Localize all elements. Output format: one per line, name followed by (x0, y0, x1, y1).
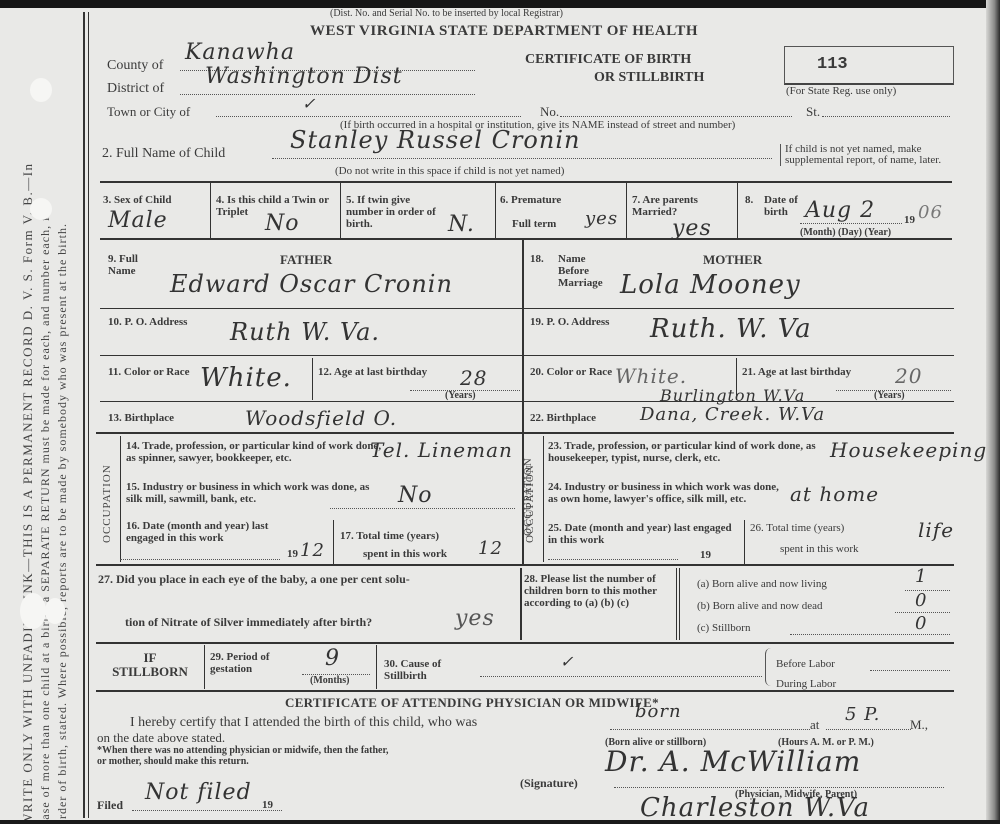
father-age-value: 28 (460, 366, 487, 390)
father-birthplace-value: Woodsfield O. (245, 406, 397, 430)
cell-divider (340, 183, 341, 238)
cell-divider (626, 183, 627, 238)
father-age-label: 12. Age at last birthday (318, 366, 428, 378)
m-label: M., (910, 717, 928, 733)
twin-value: No (265, 211, 300, 236)
no-line (560, 116, 792, 117)
nitrate-label-line2: tion of Nitrate of Silver immediately af… (125, 616, 372, 628)
row-line (96, 642, 954, 644)
certificate-title-line2: OR STILLBIRTH (594, 70, 704, 86)
labor-brace (765, 648, 774, 686)
certify-text-line2: on the date above stated. (97, 730, 225, 746)
father-last-date-prefix: 19 (287, 548, 298, 560)
children-b-label: (b) Born alive and now dead (697, 600, 823, 612)
nitrate-value: yes (455, 606, 495, 631)
filed-year: 19 (262, 799, 273, 811)
father-total-time-value: 12 (478, 538, 503, 559)
cell-divider (210, 183, 211, 238)
row-line (100, 401, 522, 402)
father-name-label: 9. Full Name (108, 253, 148, 277)
children-b-value: 0 (915, 590, 927, 611)
cell-divider (679, 568, 680, 640)
father-last-date-value: 12 (300, 540, 325, 561)
children-label: 28. Please list the number of children b… (524, 573, 659, 609)
child-name-note: (Do not write in this space if child is … (335, 166, 564, 177)
reg-number: 113 (817, 55, 848, 74)
row-line (96, 564, 954, 566)
row-line (96, 432, 954, 434)
margin-instruction-line1: WRITE ONLY WITH UNFADING INK—THIS IS A P… (20, 162, 36, 824)
status-line (610, 729, 810, 730)
mother-name-label: NameBeforeMarriage (558, 253, 618, 289)
mother-birthplace-extra: Burlington W.Va (660, 386, 805, 405)
mother-name-num: 18. (530, 253, 544, 265)
mother-birthplace-label: 22. Birthplace (530, 412, 596, 424)
cell-divider (676, 568, 677, 640)
mother-total-time-label: 26. Total time (years) (750, 522, 844, 534)
row-line (524, 355, 954, 356)
certify-text-line1: I hereby certify that I attended the bir… (130, 715, 477, 731)
town-label: Town or City of (107, 104, 190, 120)
sex-label: 3. Sex of Child (103, 194, 173, 206)
father-industry-value: No (398, 483, 433, 508)
fullterm-value: yes (585, 208, 618, 229)
mother-name-value: Lola Mooney (620, 270, 801, 300)
filed-label: Filed (97, 798, 123, 813)
gestation-unit: (Months) (310, 676, 349, 686)
agency-title: WEST VIRGINIA STATE DEPARTMENT OF HEALTH (310, 23, 698, 40)
children-c-value: 0 (915, 613, 927, 634)
dob-value: Aug 2 (805, 198, 875, 223)
mother-trade-label: 23. Trade, profession, or particular kin… (548, 440, 818, 464)
birth-status-value: born (635, 701, 682, 722)
punch-hole (30, 78, 52, 102)
father-industry-label: 15. Industry or business in which work w… (126, 481, 386, 505)
father-trade-value: Tel. Lineman (370, 438, 513, 462)
father-name-value: Edward Oscar Cronin (170, 270, 453, 298)
married-label: 7. Are parents Married? (632, 194, 732, 218)
gestation-label: 29. Period of gestation (210, 651, 300, 675)
state-reg-box: 113 (784, 46, 954, 85)
mother-heading: MOTHER (703, 252, 762, 268)
st-label: St. (806, 104, 820, 120)
married-value: yes (672, 216, 712, 241)
cause-label: 30. Cause of Stillbirth (384, 658, 474, 682)
margin-instruction-line3: order of birth, stated. Where possible, … (55, 223, 70, 824)
filed-value: Not filed (145, 780, 252, 805)
dob-label: Date of birth (764, 194, 804, 218)
scan-right-edge (986, 0, 1000, 824)
cell-divider (333, 520, 334, 564)
child-name-value: Stanley Russel Cronin (290, 126, 580, 154)
cause-line (480, 676, 762, 677)
district-label: District of (107, 81, 164, 97)
mother-industry-label: 24. Industry or business in which work w… (548, 481, 788, 505)
time-line (826, 729, 911, 730)
child-name-label: 2. Full Name of Child (102, 146, 225, 162)
children-c-label: (c) Stillborn (697, 622, 750, 634)
occupation-border (543, 436, 544, 562)
cell-divider (737, 183, 738, 238)
divider (100, 238, 952, 240)
punch-hole (45, 598, 65, 624)
mother-address-label: 19. P. O. Address (530, 316, 609, 328)
nitrate-label-line1: 27. Did you place in each eye of the bab… (98, 573, 410, 585)
dob-line (800, 223, 902, 224)
bottom-scrawl: Charleston W.Va (640, 793, 870, 823)
cell-divider (312, 358, 313, 400)
father-occupation-label: OCCUPATION (101, 464, 113, 543)
dob-num: 8. (745, 194, 753, 206)
punch-hole (30, 198, 52, 220)
date-line (548, 559, 678, 560)
district-line (180, 94, 475, 95)
father-age-unit: (Years) (445, 391, 476, 401)
father-total-time-label: 17. Total time (years) (340, 530, 439, 542)
cause-value: ✓ (560, 652, 574, 671)
father-heading: FATHER (280, 252, 332, 268)
during-labor-label: During Labor (776, 678, 836, 690)
margin-instruction-line2: case of more than one child at a birth, … (38, 210, 53, 824)
twin-order-label: 5. If twin give number in order of birth… (346, 194, 446, 230)
frame-line (88, 12, 89, 818)
mother-occupation-label: OCCUPATION (524, 464, 536, 543)
mother-total-time-value: life (918, 518, 954, 542)
gestation-value: 9 (325, 646, 340, 671)
dob-sub: (Month) (Day) (Year) (800, 228, 891, 238)
cell-divider (376, 645, 377, 689)
certificate-footnote: *When there was no attending physician o… (97, 745, 397, 767)
frame-line (83, 12, 85, 818)
premature-label: 6. Premature (500, 194, 561, 206)
town-line (216, 116, 521, 117)
at-label: at (810, 717, 819, 733)
date-line (120, 559, 280, 560)
district-value: Washington Dist (205, 64, 403, 89)
father-total-time-sub: spent in this work (363, 548, 447, 560)
mother-total-time-sub: spent in this work (780, 543, 859, 555)
father-last-date-label: 16. Date (month and year) last engaged i… (126, 520, 306, 544)
children-a-line (905, 590, 950, 591)
supplemental-note: If child is not yet named, make suppleme… (780, 144, 955, 166)
father-address-value: Ruth W. Va. (230, 318, 380, 346)
signature-value: Dr. A. McWilliam (605, 745, 861, 778)
mother-age-label: 21. Age at last birthday (742, 366, 852, 378)
dob-year-value: 06 (918, 202, 943, 223)
fullterm-label: Full term (512, 218, 556, 230)
birth-certificate-page: WRITE ONLY WITH UNFADING INK—THIS IS A P… (0, 8, 988, 824)
child-name-line (272, 158, 772, 159)
st-line (822, 116, 950, 117)
before-labor-label: Before Labor (776, 658, 835, 670)
town-value: ✓ (302, 94, 316, 113)
mother-race-label: 20. Color or Race (530, 366, 620, 378)
signature-line (614, 787, 944, 788)
stillborn-heading: IF STILLBORN (98, 651, 202, 679)
children-a-label: (a) Born alive and now living (697, 578, 827, 590)
mother-address-value: Ruth. W. Va (650, 314, 812, 344)
mother-last-date-prefix: 19 (700, 549, 711, 561)
children-c-line (790, 634, 950, 635)
row-line (100, 308, 522, 309)
industry-line (330, 508, 515, 509)
father-race-label: 11. Color or Race (108, 366, 198, 378)
no-label: No. (540, 104, 559, 120)
cell-divider (204, 645, 205, 689)
mother-age-unit: (Years) (874, 391, 905, 401)
cell-divider (495, 183, 496, 238)
filed-line (132, 810, 282, 811)
mother-industry-value: at home (790, 482, 879, 506)
mother-age-value: 20 (895, 364, 922, 388)
father-birthplace-label: 13. Birthplace (108, 412, 174, 424)
row-line (524, 308, 954, 309)
father-address-label: 10. P. O. Address (108, 316, 187, 328)
row-line (524, 401, 954, 402)
dob-year-prefix: 19 (904, 214, 915, 226)
dist-serial-note: (Dist. No. and Serial No. to be inserted… (330, 8, 563, 19)
occupation-border (120, 436, 121, 562)
twin-order-value: N. (448, 212, 475, 237)
scan-bottom-border (0, 820, 1000, 824)
mother-last-date-label: 25. Date (month and year) last engaged i… (548, 522, 738, 546)
row-line (96, 690, 954, 692)
father-trade-label: 14. Trade, profession, or particular kin… (126, 440, 386, 464)
birth-time-value: 5 P. (845, 704, 880, 725)
physician-certificate-heading: CERTIFICATE OF ATTENDING PHYSICIAN OR MI… (285, 695, 659, 711)
stillborn-heading-line1: IF (98, 651, 202, 665)
mother-birthplace-value: Dana, Creek. W.Va (640, 404, 825, 425)
signature-label: (Signature) (520, 776, 578, 791)
certificate-title-line1: CERTIFICATE OF BIRTH (525, 52, 691, 68)
mother-race-value: White. (615, 364, 687, 388)
row-line (100, 355, 522, 356)
before-labor-line (870, 670, 950, 671)
sex-value: Male (108, 208, 168, 233)
cell-divider (520, 568, 522, 640)
reg-note: (For State Reg. use only) (786, 86, 896, 97)
cell-divider (744, 520, 745, 564)
divider (100, 181, 952, 183)
mother-trade-value: Housekeeping (830, 438, 987, 462)
children-a-value: 1 (915, 566, 927, 587)
punch-hole (20, 593, 46, 629)
stillborn-heading-line2: STILLBORN (98, 665, 202, 679)
county-value: Kanawha (185, 40, 295, 65)
father-race-value: White. (200, 363, 292, 393)
county-label: County of (107, 58, 163, 74)
